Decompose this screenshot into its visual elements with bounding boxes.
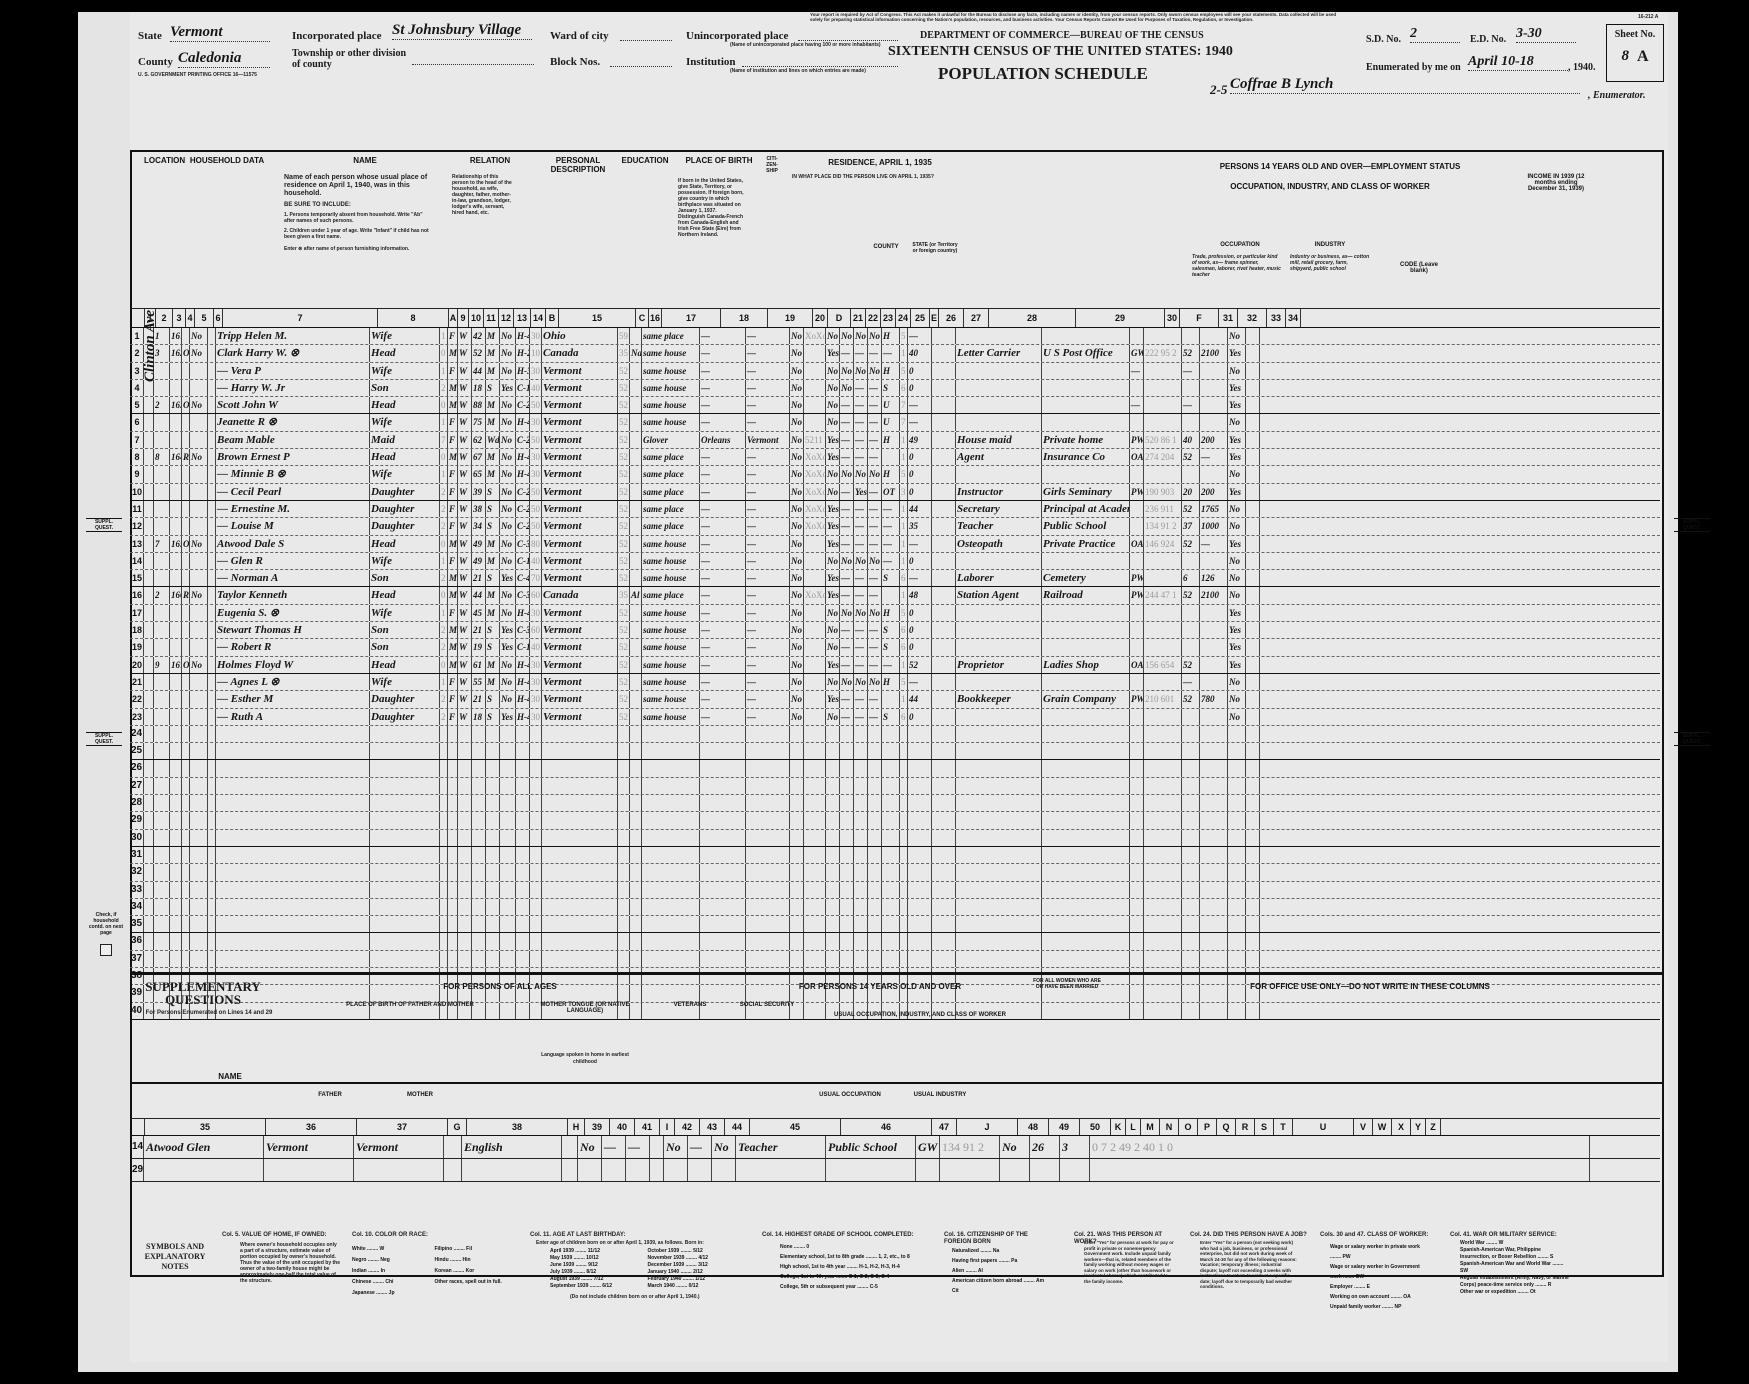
cell-sex: M — [448, 345, 458, 361]
cell-blank — [190, 882, 208, 898]
institution-label: Institution — [686, 56, 736, 68]
cell-blank — [882, 812, 900, 828]
census-row: 209167O 5500NoHolmes Floyd WHead0MW61MNo… — [130, 657, 1660, 674]
cell-value — [182, 605, 190, 621]
cell-blank — [1130, 951, 1144, 967]
cell-c24: — — [868, 639, 882, 655]
cell-blank — [472, 760, 486, 776]
cell-name: Beam Mable — [216, 432, 370, 448]
cell-blank — [1228, 951, 1246, 967]
cell-code-e: 1 — [900, 501, 908, 517]
cell-occupation: House maid — [956, 432, 1042, 448]
cell-code-d — [804, 691, 826, 707]
cell-school: No — [500, 501, 516, 517]
cell-marital: S — [486, 622, 500, 638]
cell-blank — [440, 778, 448, 794]
cell-other-income: Yes — [1228, 449, 1246, 465]
cell-age: 88 — [472, 397, 486, 413]
cell-blank — [1130, 899, 1144, 915]
cell-c24: No — [868, 328, 882, 344]
cell-sex: F — [448, 709, 458, 725]
cell-blank — [1246, 726, 1260, 742]
cell-blank — [908, 951, 932, 967]
cell-blank — [826, 951, 840, 967]
cell-code-e: 5 — [900, 466, 908, 482]
cell-blank — [1144, 864, 1182, 880]
column-number: 18 — [721, 309, 768, 327]
cell-code-e: 6 — [900, 639, 908, 655]
cell-blank — [1246, 812, 1260, 828]
cell-blank — [190, 899, 208, 915]
cell-value — [182, 709, 190, 725]
cell-res-state: — — [746, 691, 790, 707]
cell-blank — [700, 864, 746, 880]
cell-blank — [956, 795, 1042, 811]
cell-blank — [516, 778, 530, 794]
supp-column-number: R — [1236, 1119, 1255, 1135]
cell-code-e: 5 — [900, 674, 908, 690]
cell-race: W — [458, 518, 472, 534]
column-number: C — [636, 309, 649, 327]
cell-blank — [448, 864, 458, 880]
cell-blank — [900, 899, 908, 915]
cell-blank — [190, 830, 208, 846]
cell-house-no — [154, 553, 170, 569]
cell-citizenship — [630, 414, 642, 430]
note-item: American citizen born abroad ........ Am… — [952, 1276, 1052, 1296]
cell-marital: M — [486, 553, 500, 569]
cell-blank — [908, 916, 932, 932]
cell-res-county: — — [700, 414, 746, 430]
col14-list: None ........ 0Elementary school, 1st to… — [780, 1242, 920, 1292]
cell-res-county: — — [700, 449, 746, 465]
cell-res-farm: No — [790, 709, 804, 725]
cell-class — [1130, 622, 1144, 638]
cell-blank — [932, 933, 956, 949]
cell-c23: — — [854, 449, 868, 465]
cell-blank — [208, 778, 216, 794]
cell-res-city: same house — [642, 691, 700, 707]
column-number: 20 — [813, 309, 828, 327]
column-number: 27 — [964, 309, 989, 327]
cell-class: OA — [1130, 449, 1144, 465]
cell-other-income: Yes — [1228, 657, 1246, 673]
cell-res-farm: No — [790, 639, 804, 655]
enumerator-prefix: 2-5 — [1210, 82, 1227, 98]
cell-age: 18 — [472, 380, 486, 396]
cell-c22: — — [840, 536, 854, 552]
cell-code-b: 40 — [530, 553, 542, 569]
cell-birthplace: Vermont — [542, 553, 618, 569]
cell-res-county: — — [700, 536, 746, 552]
cell-blank — [1042, 882, 1130, 898]
cell-res-county: — — [700, 328, 746, 344]
cell-school: No — [500, 432, 516, 448]
empty-row: 26 — [130, 760, 1660, 777]
cell-blank — [1144, 760, 1182, 776]
cell-code-d — [804, 380, 826, 396]
note-item: College, 1st to 4th year ........ C-1, C… — [780, 1272, 920, 1282]
unincorporated-label: Unincorporated place — [686, 30, 788, 42]
sheet-value: 8 — [1621, 48, 1629, 66]
cell-c26: 0 — [908, 466, 932, 482]
cell-relation: Head — [370, 657, 440, 673]
cell-c23: — — [854, 657, 868, 673]
incorporated-label: Incorporated place — [292, 30, 382, 42]
cell-code-a: 0 — [440, 397, 448, 413]
cell-age: 49 — [472, 536, 486, 552]
supp-cell-age-first-marriage: 26 — [1030, 1136, 1060, 1158]
cell-sex: F — [448, 501, 458, 517]
cell-age: 67 — [472, 449, 486, 465]
cell-blank — [868, 864, 882, 880]
cell-sex: F — [448, 328, 458, 344]
cell-grade: C-2 — [516, 432, 530, 448]
cell-c27 — [932, 466, 956, 482]
cell-blank — [472, 726, 486, 742]
cell-blank — [530, 726, 542, 742]
cell-farm: No — [190, 536, 208, 552]
cell-blank — [932, 882, 956, 898]
cell-code-d — [804, 570, 826, 586]
cell-class — [1130, 466, 1144, 482]
cell-visit — [170, 691, 182, 707]
cell-farm — [190, 605, 208, 621]
supp-cell-tongue: English — [462, 1136, 562, 1158]
cell-code-e: 1 — [900, 518, 908, 534]
cell-res-county: — — [700, 639, 746, 655]
column-number: 34 — [1286, 309, 1301, 327]
cell-blank — [208, 363, 216, 379]
cell-code-c: 52 — [618, 397, 630, 413]
cell-blank — [630, 743, 642, 759]
cell-blank — [208, 726, 216, 742]
cell-school: Yes — [500, 639, 516, 655]
empty-row: 33 — [130, 882, 1660, 899]
cell-c24: — — [868, 397, 882, 413]
cell-farm-sched — [1246, 484, 1260, 500]
cell-wages — [1200, 397, 1228, 413]
cell-grade: C-3 — [516, 622, 530, 638]
cell-blank — [900, 778, 908, 794]
cell-blank — [170, 795, 182, 811]
cell-res-farm: No — [790, 397, 804, 413]
industry-subheader: INDUSTRY — [1290, 242, 1370, 248]
cell-code-e: 6 — [900, 570, 908, 586]
cell-res-state: — — [746, 380, 790, 396]
cell-code-f: 134 91 2 — [1144, 518, 1182, 534]
cell-blank — [956, 726, 1042, 742]
cell-farm-sched — [1246, 674, 1260, 690]
cell-res-farm: No — [790, 466, 804, 482]
tongue-sub: Language spoken in home in earliest chil… — [540, 1052, 630, 1066]
line-number: 12 — [130, 518, 144, 534]
cell-c22: — — [840, 414, 854, 430]
cell-blank — [854, 812, 868, 828]
cell-blank — [1200, 830, 1228, 846]
cell-farm-sched — [1246, 622, 1260, 638]
cell-blank — [1130, 916, 1144, 932]
cell-blank — [440, 760, 448, 776]
cell-blank — [472, 847, 486, 863]
cell-blank — [1200, 847, 1228, 863]
cell-c21: Yes — [826, 691, 840, 707]
cell-c27 — [932, 709, 956, 725]
line-number: 16 — [130, 587, 144, 603]
cell-blank — [190, 916, 208, 932]
cell-blank — [900, 812, 908, 828]
cell-blank — [370, 916, 440, 932]
cell-blank — [642, 760, 700, 776]
cell-relation: Daughter — [370, 501, 440, 517]
line-number: 17 — [130, 605, 144, 621]
cell-blank — [618, 830, 630, 846]
cell-res-city: same place — [642, 501, 700, 517]
supp-cell-father — [264, 1159, 354, 1181]
cell-blank — [208, 674, 216, 690]
cell-citizenship — [630, 570, 642, 586]
cell-res-county: — — [700, 518, 746, 534]
incorporated-value: St Johnsbury Village — [392, 22, 532, 40]
cell-blank — [440, 933, 448, 949]
cell-blank — [900, 951, 908, 967]
cell-blank — [618, 778, 630, 794]
column-header-area: LOCATION HOUSEHOLD DATA NAME RELATION PE… — [130, 152, 1660, 328]
cell-blank — [144, 639, 154, 655]
cell-code-d: XoXo — [804, 501, 826, 517]
cell-code-a: 1 — [440, 328, 448, 344]
line-number: 15 — [130, 570, 144, 586]
cell-res-farm: No — [790, 380, 804, 396]
col10-list: White ........ WNegro ........ NegIndian… — [352, 1244, 512, 1299]
cell-blank — [542, 795, 618, 811]
cell-relation: Head — [370, 449, 440, 465]
cell-school: No — [500, 484, 516, 500]
note-item: White ........ W — [352, 1244, 430, 1255]
left-suppl-quest-29: SUPPL. QUEST. — [86, 732, 122, 746]
cell-school: Yes — [500, 709, 516, 725]
line-number: 30 — [130, 830, 144, 846]
cell-code-a: 1 — [440, 553, 448, 569]
cell-blank — [854, 778, 868, 794]
note-item: World War ........ W — [1460, 1240, 1570, 1247]
cell-class: PW — [1130, 691, 1144, 707]
cell-blank — [746, 864, 790, 880]
cell-visit: 161R — [170, 328, 182, 344]
cell-farm-sched — [1246, 570, 1260, 586]
be-sure: BE SURE TO INCLUDE: — [284, 202, 434, 209]
cell-blank — [1144, 812, 1182, 828]
cell-blank — [618, 743, 630, 759]
cell-blank — [170, 830, 182, 846]
cell-c24: — — [868, 432, 882, 448]
cell-blank — [1246, 916, 1260, 932]
cell-farm — [190, 691, 208, 707]
note-item: August 1939 ........ 7/12 — [550, 1276, 643, 1283]
cell-res-city: same house — [642, 657, 700, 673]
cell-blank — [144, 709, 154, 725]
cell-blank — [486, 778, 500, 794]
cell-sex: F — [448, 432, 458, 448]
cell-blank — [840, 830, 854, 846]
cell-res-state: — — [746, 466, 790, 482]
cell-blank — [208, 795, 216, 811]
census-rows: 11161RNoTripp Helen M.Wife1FW42MNoH-430O… — [130, 328, 1660, 1020]
supp-column-number: Y — [1411, 1119, 1426, 1135]
cell-weeks: 20 — [1182, 484, 1200, 500]
relation-instructions: Relationship of this person to the head … — [452, 174, 512, 216]
cell-blank — [932, 916, 956, 932]
col10-title: Col. 10. COLOR OR RACE: — [352, 1232, 452, 1239]
supp-column-number: M — [1141, 1119, 1160, 1135]
line-number: 37 — [130, 951, 144, 967]
legal-notice: Your report is required by Act of Congre… — [810, 12, 1340, 22]
cell-other-income: Yes — [1228, 484, 1246, 500]
cell-blank — [1144, 778, 1182, 794]
cell-blank — [868, 726, 882, 742]
cell-farm-sched — [1246, 657, 1260, 673]
cell-school: No — [500, 466, 516, 482]
cell-code-c: 52 — [618, 709, 630, 725]
cell-citizenship — [630, 484, 642, 500]
cell-other-income: Yes — [1228, 639, 1246, 655]
cell-c21: Yes — [826, 570, 840, 586]
cell-industry — [1042, 605, 1130, 621]
census-title: SIXTEENTH CENSUS OF THE UNITED STATES: 1… — [888, 44, 1233, 60]
cell-occupation — [956, 605, 1042, 621]
cell-blank — [448, 933, 458, 949]
cell-res-county: — — [700, 484, 746, 500]
cell-weeks — [1182, 553, 1200, 569]
cell-occupation: Station Agent — [956, 587, 1042, 603]
cell-blank — [1042, 830, 1130, 846]
cell-weeks: 52 — [1182, 449, 1200, 465]
household-continued-checkbox[interactable] — [100, 944, 112, 956]
father-header: FATHER — [290, 1092, 370, 1098]
cell-house-no — [154, 605, 170, 621]
cell-blank — [932, 847, 956, 863]
note-item: December 1939 ........ 3/12 — [648, 1262, 741, 1269]
cell-blank — [618, 933, 630, 949]
cell-blank — [154, 951, 170, 967]
cell-blank — [208, 709, 216, 725]
supp-cell-office — [1090, 1159, 1590, 1181]
cell-res-state: — — [746, 397, 790, 413]
census-row: 18Stewart Thomas HSon2MW21SYesC-360Vermo… — [130, 622, 1660, 639]
cell-race: W — [458, 484, 472, 500]
cell-blank — [700, 726, 746, 742]
cell-c24: — — [868, 657, 882, 673]
cell-c24: — — [868, 501, 882, 517]
supp-cell-married-more: No — [1000, 1136, 1030, 1158]
cell-industry — [1042, 466, 1130, 482]
cell-blank — [530, 933, 542, 949]
cell-blank — [144, 882, 154, 898]
census-row: 9— Minnie B ⊗Wife1FW65MNoH-430Vermont52s… — [130, 466, 1660, 483]
cell-blank — [208, 812, 216, 828]
cell-value — [182, 363, 190, 379]
cell-blank — [472, 812, 486, 828]
line-number: 20 — [130, 657, 144, 673]
cell-c21: Yes — [826, 536, 840, 552]
cell-blank — [854, 882, 868, 898]
line-number: 21 — [130, 674, 144, 690]
cell-other-income: Yes — [1228, 536, 1246, 552]
cell-value: O 9000 — [182, 397, 190, 413]
cell-school: No — [500, 518, 516, 534]
cell-farm — [190, 380, 208, 396]
cell-sex: M — [448, 536, 458, 552]
line-number: 29 — [130, 1159, 144, 1181]
empty-row: 36 — [130, 933, 1660, 950]
cell-blank — [516, 933, 530, 949]
cell-res-state: — — [746, 328, 790, 344]
cell-code-d — [804, 622, 826, 638]
cell-c22: — — [840, 622, 854, 638]
cell-blank — [1246, 951, 1260, 967]
cell-blank — [900, 847, 908, 863]
cell-name: Brown Ernest P — [216, 449, 370, 465]
cell-blank — [472, 830, 486, 846]
cell-marital: S — [486, 380, 500, 396]
cell-blank — [182, 830, 190, 846]
census-row: 21— Agnes L ⊗Wife1FW55MNoH-430Vermont52s… — [130, 674, 1660, 691]
cell-blank — [804, 951, 826, 967]
cell-code-a: 2 — [440, 380, 448, 396]
schedule-title: POPULATION SCHEDULE — [938, 64, 1148, 84]
cell-blank — [208, 570, 216, 586]
cell-code-e: 5 — [900, 605, 908, 621]
cell-blank — [1182, 916, 1200, 932]
cell-res-city: same place — [642, 484, 700, 500]
cell-code-d — [804, 345, 826, 361]
cell-blank — [448, 812, 458, 828]
cell-sex: M — [448, 449, 458, 465]
cell-blank — [1182, 795, 1200, 811]
cell-code-c: 35 — [618, 587, 630, 603]
cell-blank — [1228, 760, 1246, 776]
cell-value — [182, 553, 190, 569]
cell-code-b: 30 — [530, 709, 542, 725]
cell-blank — [500, 726, 516, 742]
cell-race: W — [458, 328, 472, 344]
cell-blank — [154, 899, 170, 915]
group-name: NAME — [280, 156, 450, 165]
cell-citizenship — [630, 639, 642, 655]
cell-blank — [956, 847, 1042, 863]
col16-title: Col. 16. CITIZENSHIP OF THE FOREIGN BORN — [944, 1232, 1044, 1246]
cell-blank — [370, 830, 440, 846]
cell-c25: U — [882, 414, 900, 430]
ed-value: 3-30 — [1516, 26, 1576, 43]
cell-farm — [190, 518, 208, 534]
cell-blank — [826, 830, 840, 846]
cell-citizenship — [630, 466, 642, 482]
supp-column-number: 41 — [635, 1119, 660, 1135]
cell-citizenship — [630, 536, 642, 552]
cell-blank — [530, 778, 542, 794]
cell-house-no — [154, 622, 170, 638]
column-number: 15 — [559, 309, 636, 327]
cell-c21: No — [826, 639, 840, 655]
note-item: Hindu ........ Hin — [435, 1255, 513, 1266]
cell-sex: F — [448, 414, 458, 430]
cell-code-e: 1 — [900, 587, 908, 603]
cell-blank — [530, 795, 542, 811]
cell-c22: No — [840, 466, 854, 482]
cell-code-d — [804, 657, 826, 673]
note-item: Filipino ........ Fil — [435, 1244, 513, 1255]
